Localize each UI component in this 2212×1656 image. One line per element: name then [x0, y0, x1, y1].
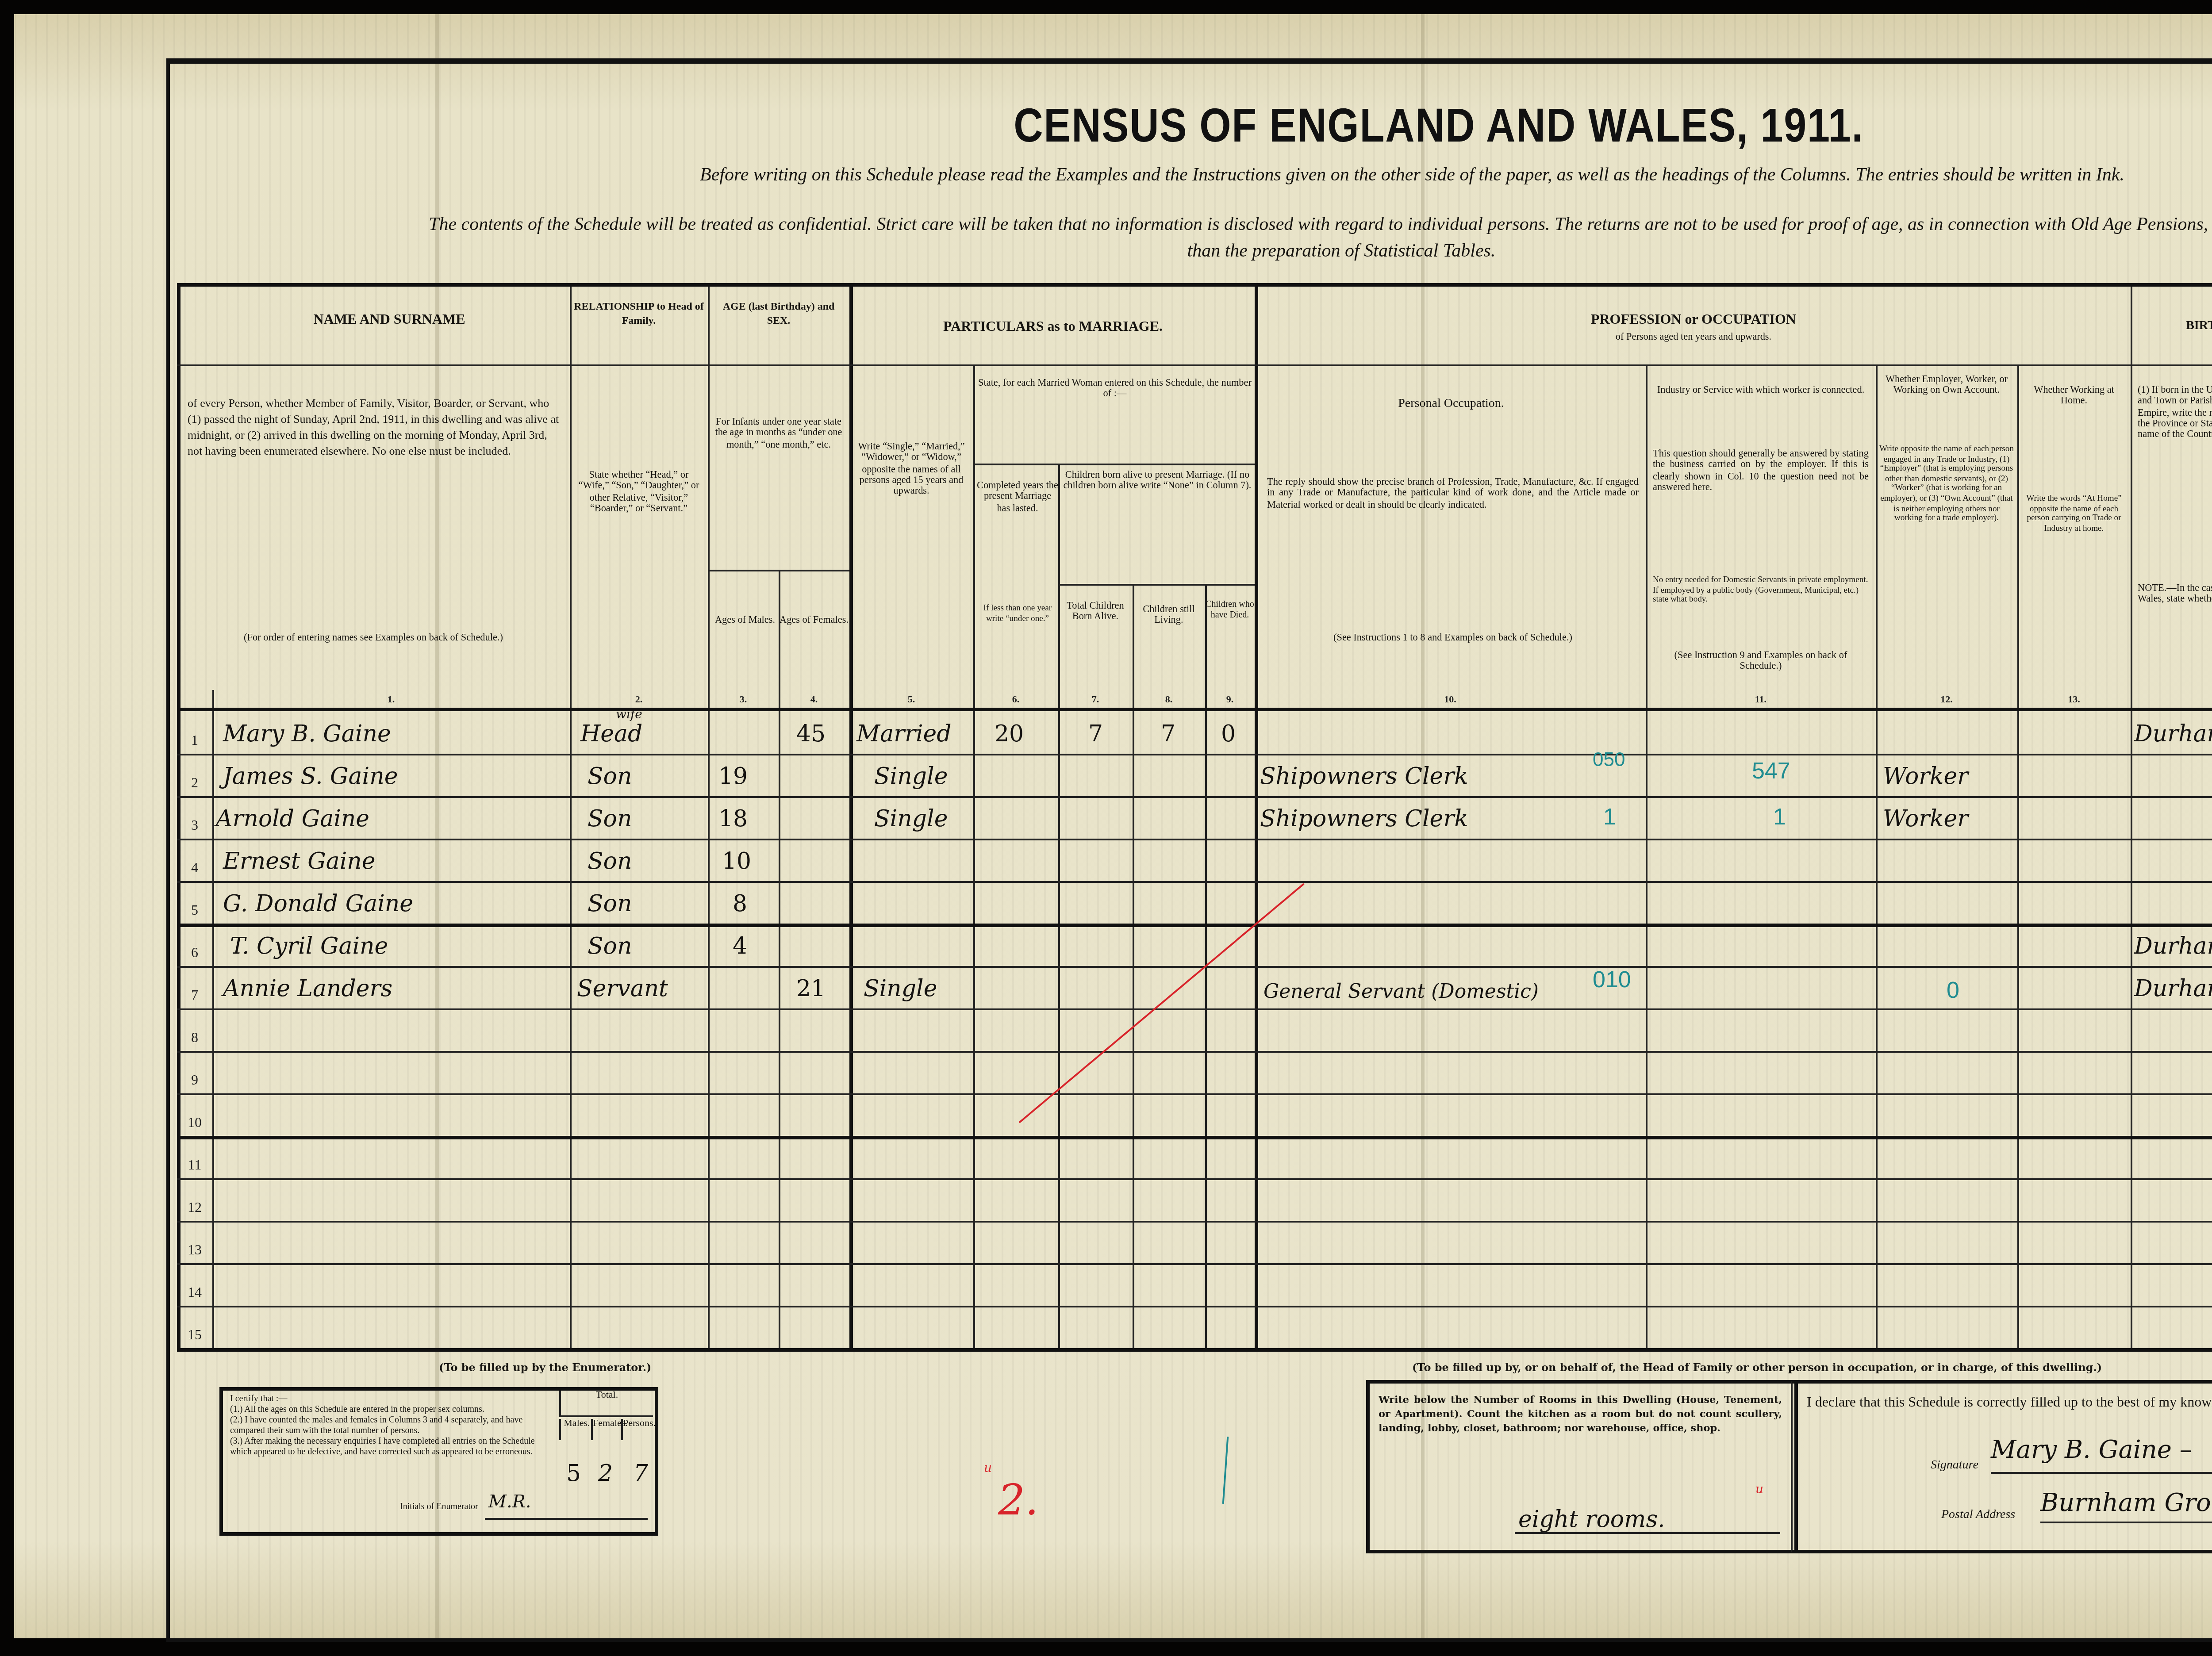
census-schedule-page: CENSUS OF ENGLAND AND WALES, 1911. Befor…	[14, 14, 2212, 1638]
cell-birthplace: Durham East Boldon	[2134, 934, 2212, 961]
cell-industry-code: 547	[1752, 757, 1790, 784]
col-num-14: 14.	[2131, 695, 2212, 706]
row-number: 14	[177, 1284, 212, 1300]
header-age-desc: For Infants under one year state the age…	[711, 418, 846, 451]
cell-birthplace: Durham Washington	[2134, 977, 2212, 1003]
row-number: 4	[177, 860, 212, 876]
header-home-desc: Write the words “At Home” opposite the n…	[2021, 495, 2127, 535]
red-mark-prefix: u	[984, 1461, 992, 1476]
header-children: Children born alive to present Marriage.…	[1062, 471, 1253, 493]
cell-relationship: Son	[588, 892, 632, 918]
cell-industry-code: 1	[1773, 803, 1786, 830]
header-employer: Whether Employer, Worker, or Working on …	[1879, 375, 2014, 397]
header-marriage-status: Write “Single,” “Married,” “Widower,” or…	[853, 442, 970, 498]
header-employer-desc: Write opposite the name of each person e…	[1879, 446, 2014, 525]
address-label: Postal Address	[1941, 1507, 2015, 1522]
header-marriage-years-note: If less than one year write “under one.”	[977, 605, 1058, 627]
cell-occupation: Shipowners Clerk	[1260, 764, 1468, 791]
cell-marital-status: Married	[856, 722, 952, 748]
cell-age-female: 45	[796, 722, 826, 748]
cell-occupation-code: 050	[1593, 750, 1625, 771]
total-persons: 7	[634, 1461, 648, 1488]
red-pencil-stroke	[1018, 883, 1305, 1124]
header-home: Whether Working at Home.	[2021, 386, 2127, 408]
cell-name: G. Donald Gaine	[223, 892, 413, 918]
col-num-8: 8.	[1133, 695, 1205, 706]
cell-occupation: Shipowners Clerk	[1260, 807, 1468, 833]
cell-age-male: 10	[722, 849, 751, 876]
cell-children-born: 7	[1088, 722, 1103, 748]
row-number: 2	[177, 775, 212, 791]
certify-point: (1.) All the ages on this Schedule are e…	[230, 1407, 556, 1417]
enumerator-initials: M.R.	[488, 1493, 531, 1513]
cell-children-died: 0	[1221, 722, 1236, 748]
col-num-11: 11.	[1646, 695, 1876, 706]
header-personal-note: (See Instructions 1 to 8 and Examples on…	[1267, 633, 1639, 644]
cell-name: T. Cyril Gaine	[230, 934, 388, 961]
cell-occupation: General Servant (Domestic)	[1263, 980, 1539, 1003]
cell-relationship: Son	[588, 934, 632, 961]
row-number: 13	[177, 1242, 212, 1258]
header-name-note: (For order of entering names see Example…	[188, 633, 559, 644]
total-females: 2	[598, 1461, 613, 1488]
header-children-died: Children who have Died.	[1205, 602, 1255, 624]
red-mark: 2.	[998, 1476, 1039, 1525]
cell-name: James S. Gaine	[223, 764, 398, 791]
cell-relationship: Son	[588, 807, 632, 833]
header-industry: Industry or Service with which worker is…	[1649, 386, 1872, 397]
cell-marital-status: Single	[874, 764, 948, 791]
header-personal-desc: The reply should show the precise branch…	[1267, 478, 1639, 511]
col-num-3: 3.	[708, 695, 779, 706]
cell-age-male: 19	[718, 764, 748, 791]
cell-name: Mary B. Gaine	[223, 722, 391, 748]
col-num-4: 4.	[779, 695, 849, 706]
row-number: 10	[177, 1115, 212, 1131]
census-table: NAME AND SURNAME of every Person, whethe…	[177, 283, 2212, 1352]
col-num-12: 12.	[1876, 695, 2017, 706]
header-age: AGE (last Birthday) and SEX.	[711, 301, 846, 329]
col-num-5: 5.	[849, 695, 973, 706]
cell-age-male: 8	[733, 892, 747, 918]
enumerator-heading: (To be filled up by the Enumerator.)	[439, 1362, 652, 1375]
col-num-2: 2.	[570, 695, 708, 706]
page-title: CENSUS OF ENGLAND AND WALES, 1911.	[890, 99, 1988, 154]
header-personal-occupation: Personal Occupation.	[1260, 396, 1642, 410]
rooms-mark: u	[1755, 1483, 1763, 1497]
persons-label: Persons.	[621, 1419, 653, 1440]
cell-age-female: 21	[796, 977, 826, 1003]
females-label: Females.	[591, 1419, 623, 1440]
row-number: 12	[177, 1200, 212, 1215]
cell-years-married: 20	[995, 722, 1024, 748]
signature: Mary B. Gaine –	[1991, 1437, 2192, 1465]
header-relationship: RELATIONSHIP to Head of Family.	[573, 301, 704, 329]
rooms-count: eight rooms.	[1518, 1507, 1665, 1534]
cell-employment: Worker	[1883, 807, 1968, 833]
confidential-line: The contents of the Schedule will be tre…	[191, 216, 2212, 235]
enumerator-certificate-text: I certify that :— (1.) All the ages on t…	[230, 1396, 556, 1460]
cell-relationship: Head	[580, 722, 642, 748]
col-num-7: 7.	[1058, 695, 1133, 706]
certify-point: (3.) After making the necessary enquirie…	[230, 1438, 556, 1460]
males-label: Males.	[559, 1419, 593, 1440]
header-children-born: Total Children Born Alive.	[1058, 602, 1133, 624]
instruction-line: Before writing on this Schedule please r…	[403, 166, 2212, 186]
enumerator-certificate: I certify that :— (1.) All the ages on t…	[219, 1387, 658, 1536]
cell-name: Ernest Gaine	[223, 849, 376, 876]
cell-employment: Worker	[1883, 764, 1968, 791]
col-num-9: 9.	[1205, 695, 1255, 706]
header-industry-desc: This question should generally be answer…	[1653, 449, 1869, 494]
cell-relationship: Son	[588, 849, 632, 876]
cell-relationship: Son	[588, 764, 632, 791]
row-number: 3	[177, 817, 212, 833]
header-industry-desc2: No entry needed for Domestic Servants in…	[1653, 577, 1869, 606]
cell-relationship: Servant	[577, 977, 668, 1003]
header-name-desc: of every Person, whether Member of Famil…	[188, 396, 559, 460]
cell-employment: 0	[1947, 977, 1959, 1003]
row-number: 15	[177, 1327, 212, 1343]
col-num-6: 6.	[973, 695, 1058, 706]
header-married-woman: State, for each Married Woman entered on…	[977, 379, 1253, 401]
header-occupation-sub: of Persons aged ten years and upwards.	[1260, 333, 2127, 344]
col-num-1: 1.	[212, 695, 570, 706]
col-num-10: 10.	[1255, 695, 1646, 706]
header-birthplace: BIRTHPLACE of every person.	[2134, 318, 2212, 333]
row-number: 11	[177, 1157, 212, 1173]
header-occupation: PROFESSION or OCCUPATION	[1260, 311, 2127, 327]
confidential-line-2: than the preparation of Statistical Tabl…	[899, 242, 1784, 262]
header-children-living: Children still Living.	[1133, 605, 1205, 627]
row-number: 9	[177, 1072, 212, 1088]
header-age-females: Ages of Females.	[779, 616, 849, 627]
col-num-13: 13.	[2017, 695, 2131, 706]
cell-marital-status: Single	[864, 977, 937, 1003]
cell-age-male: 4	[733, 934, 747, 961]
cell-name: Annie Landers	[223, 977, 392, 1003]
certify-point: (2.) I have counted the males and female…	[230, 1417, 556, 1438]
header-age-males: Ages of Males.	[711, 616, 779, 627]
header-marriage: PARTICULARS as to MARRIAGE.	[853, 318, 1253, 334]
row-number: 5	[177, 902, 212, 918]
cell-children-living: 7	[1161, 722, 1175, 748]
total-males: 5	[566, 1461, 581, 1488]
cell-relationship-note: wife	[616, 708, 642, 722]
cell-birthplace: Durham South Shields	[2134, 722, 2212, 748]
rooms-instruction: Write below the Number of Rooms in this …	[1379, 1394, 1782, 1437]
cell-occupation-code: 010	[1593, 966, 1631, 993]
cell-age-male: 18	[718, 807, 748, 833]
row-number: 7	[177, 987, 212, 1003]
row-number: 8	[177, 1030, 212, 1046]
initials-label: Initials of Enumerator	[400, 1504, 478, 1513]
header-marriage-years: Completed years the present Marriage has…	[977, 481, 1058, 515]
header-relationship-desc: State whether “Head,” or “Wife,” “Son,” …	[577, 471, 701, 515]
certify-label: I certify that :—	[230, 1396, 556, 1407]
header-birthplace-note: NOTE.—In the case of persons born elsewh…	[2138, 584, 2212, 606]
cell-name: Arnold Gaine	[216, 807, 369, 833]
header-name: NAME AND SURNAME	[212, 311, 566, 327]
census-scan: CENSUS OF ENGLAND AND WALES, 1911. Befor…	[0, 0, 2212, 1656]
signature-label: Signature	[1931, 1458, 1978, 1472]
total-label: Total.	[559, 1391, 653, 1417]
rooms-box: Write below the Number of Rooms in this …	[1366, 1380, 1798, 1553]
header-industry-note: (See Instruction 9 and Examples on back …	[1653, 651, 1869, 673]
household-heading: (To be filled up by, or on behalf of, th…	[1412, 1362, 2102, 1375]
declaration-box: I declare that this Schedule is correctl…	[1791, 1380, 2212, 1553]
row-number: 1	[177, 732, 212, 748]
row-number: 6	[177, 945, 212, 961]
postal-address: Burnham Grove East Boldon S.O.	[2040, 1490, 2212, 1518]
cell-occupation-code: 1	[1603, 803, 1616, 830]
declaration-text: I declare that this Schedule is correctl…	[1807, 1394, 2212, 1410]
cell-marital-status: Single	[874, 807, 948, 833]
header-birthplace-desc: (1) If born in the United Kingdom, write…	[2138, 386, 2212, 441]
